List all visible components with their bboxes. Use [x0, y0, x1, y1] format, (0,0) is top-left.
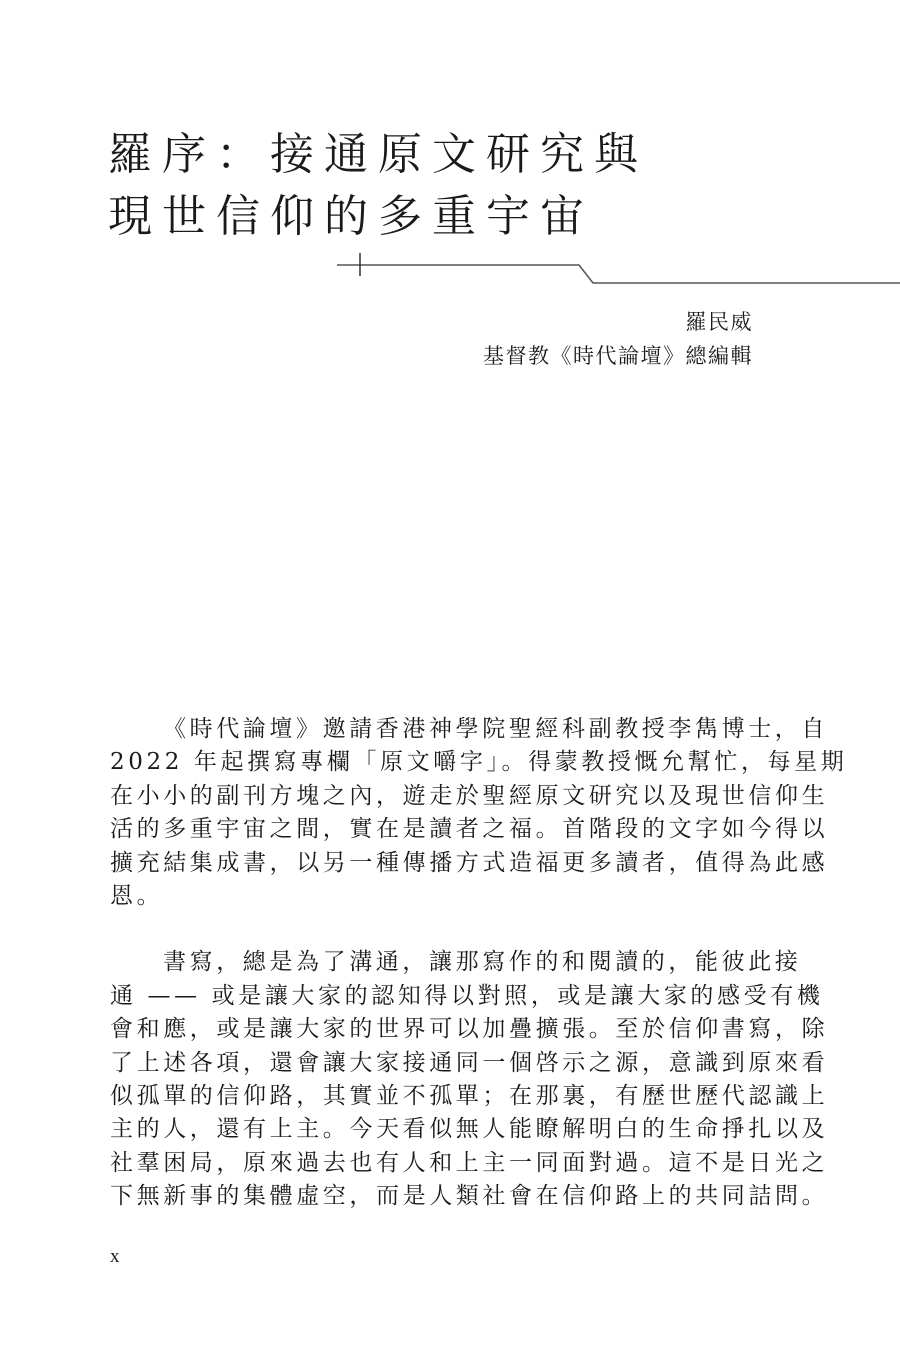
chapter-title-line-2: 現世信仰的多重宇宙	[108, 186, 808, 248]
book-page: 羅序：接通原文研究與 現世信仰的多重宇宙 羅民威 基督教《時代論壇》總編輯 《時…	[0, 0, 900, 1350]
text-line: 主的人，還有上主。今天看似無人能瞭解明白的生命掙扎以及	[110, 1113, 756, 1146]
text-line: 社羣困局，原來過去也有人和上主一同面對過。這不是日光之	[110, 1147, 756, 1180]
paragraph-1: 《時代論壇》邀請香港神學院聖經科副教授李雋博士，自 2022 年起撰寫專欄「原文…	[110, 713, 756, 913]
text-line: 會和應，或是讓大家的世界可以加疊擴張。至於信仰書寫，除	[110, 1013, 756, 1046]
text-line: 2022 年起撰寫專欄「原文嚼字」。得蒙教授慨允幫忙，每星期	[110, 746, 756, 779]
paragraph-2: 書寫，總是為了溝通，讓那寫作的和閱讀的，能彼此接 通 —— 或是讓大家的認知得以…	[110, 946, 756, 1213]
text-line: 下無新事的集體虛空，而是人類社會在信仰路上的共同詰問。	[110, 1180, 756, 1213]
text-line: 擴充結集成書，以另一種傳播方式造福更多讀者，值得為此感	[110, 847, 756, 880]
text-line: 恩。	[110, 880, 756, 913]
page-number: x	[110, 1246, 120, 1268]
chapter-title: 羅序：接通原文研究與 現世信仰的多重宇宙	[108, 124, 808, 248]
author-name: 羅民威	[483, 305, 753, 339]
text-line: 通 —— 或是讓大家的認知得以對照，或是讓大家的感受有機	[110, 980, 756, 1013]
text-line: 《時代論壇》邀請香港神學院聖經科副教授李雋博士，自	[110, 713, 756, 746]
author-affiliation: 基督教《時代論壇》總編輯	[483, 339, 753, 373]
byline: 羅民威 基督教《時代論壇》總編輯	[483, 305, 753, 373]
text-line: 了上述各項，還會讓大家接通同一個啓示之源，意識到原來看	[110, 1047, 756, 1080]
text-line: 在小小的副刊方塊之內，遊走於聖經原文研究以及現世信仰生	[110, 780, 756, 813]
text-line: 似孤單的信仰路，其實並不孤單；在那裏，有歷世歷代認識上	[110, 1080, 756, 1113]
text-line: 書寫，總是為了溝通，讓那寫作的和閱讀的，能彼此接	[110, 946, 756, 979]
text-line: 活的多重宇宙之間，實在是讀者之福。首階段的文字如今得以	[110, 813, 756, 846]
body-text: 《時代論壇》邀請香港神學院聖經科副教授李雋博士，自 2022 年起撰寫專欄「原文…	[110, 713, 756, 1214]
chapter-title-line-1: 羅序：接通原文研究與	[108, 124, 808, 186]
